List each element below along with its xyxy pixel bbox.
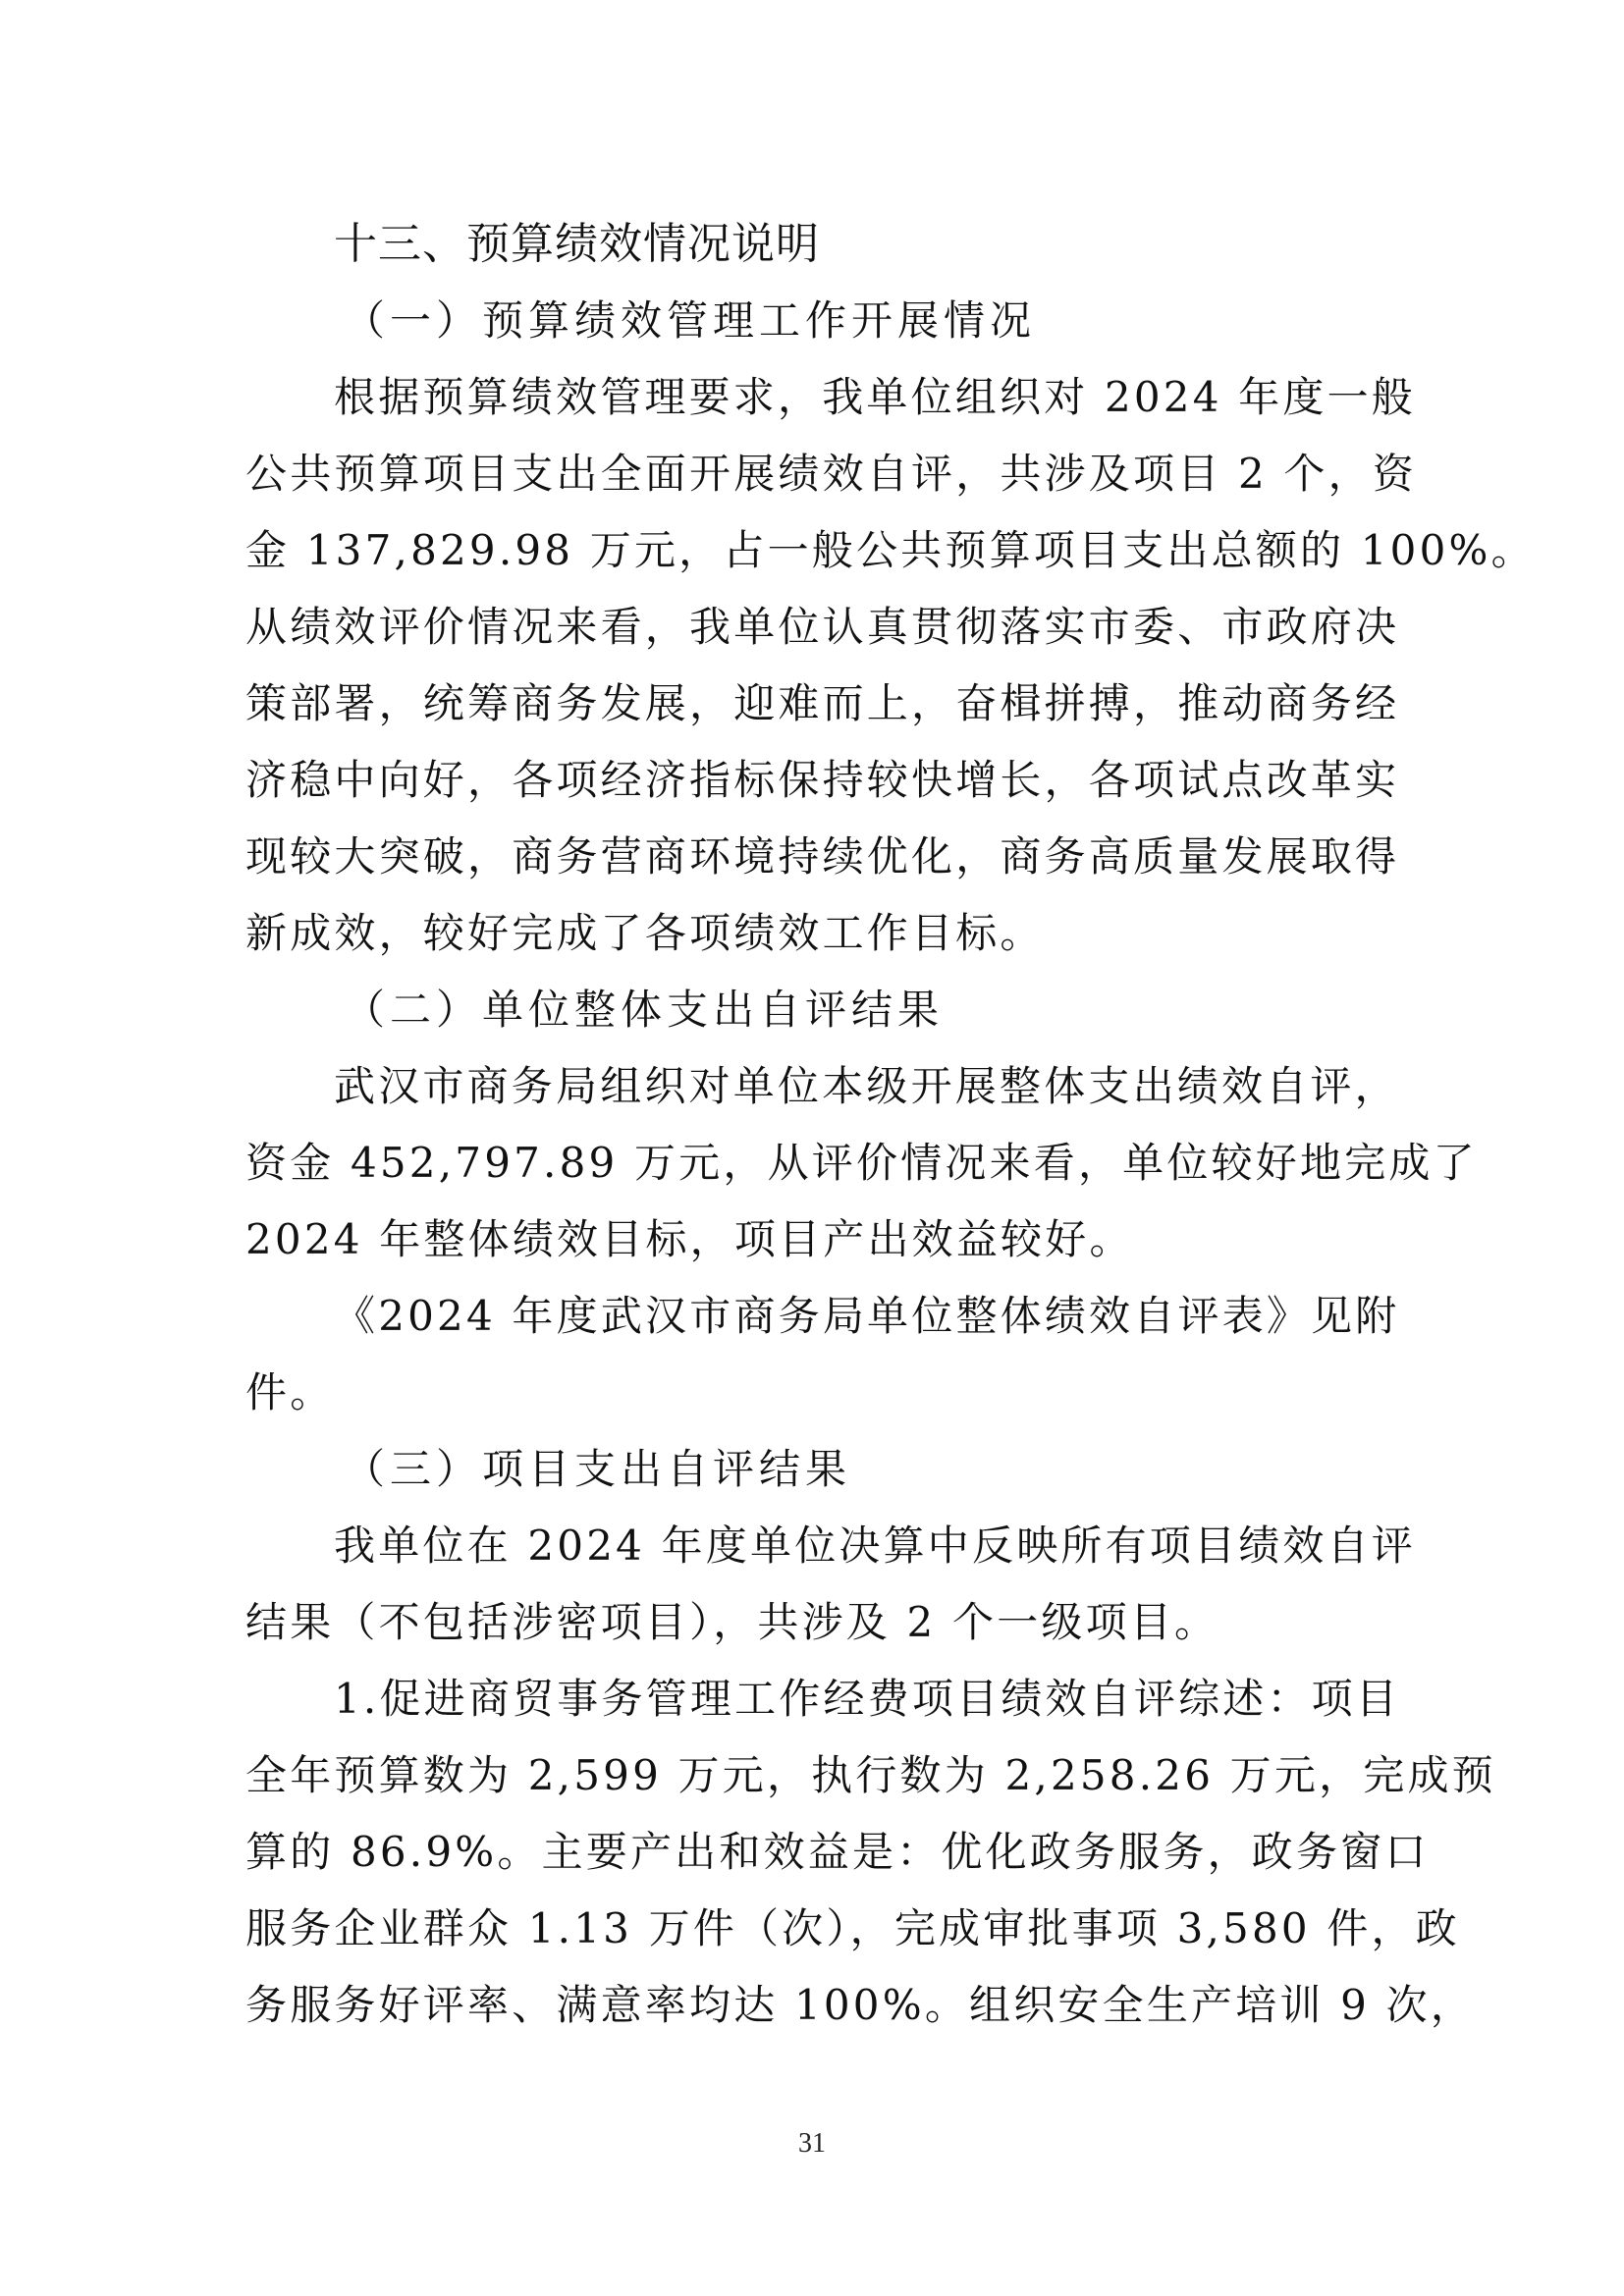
text-line: 公共预算项目支出全面开展绩效自评，共涉及项目 2 个，资 bbox=[245, 436, 1389, 512]
paragraph-project-expenditure: 我单位在 2024 年度单位决算中反映所有项目绩效自评 结果（不包括涉密项目），… bbox=[245, 1508, 1389, 1661]
paragraph-attachment-reference: 《2024 年度武汉市商务局单位整体绩效自评表》见附 件。 bbox=[245, 1278, 1389, 1431]
text-line: 金 137,829.98 万元，占一般公共预算项目支出总额的 100%。 bbox=[245, 512, 1389, 589]
subsection-heading-1: （一）预算绩效管理工作开展情况 bbox=[245, 283, 1389, 359]
text-line: 新成效，较好完成了各项绩效工作目标。 bbox=[245, 895, 1389, 972]
text-line: 济稳中向好，各项经济指标保持较快增长，各项试点改革实 bbox=[245, 742, 1389, 819]
text-line: 全年预算数为 2,599 万元，执行数为 2,258.26 万元，完成预 bbox=[245, 1737, 1389, 1814]
text-line: 件。 bbox=[245, 1355, 1389, 1431]
page-number: 31 bbox=[0, 2128, 1624, 2160]
document-body: 十三、预算绩效情况说明 （一）预算绩效管理工作开展情况 根据预算绩效管理要求，我… bbox=[245, 206, 1389, 2044]
text-line: 2024 年整体绩效目标，项目产出效益较好。 bbox=[245, 1201, 1389, 1278]
text-line: 算的 86.9%。主要产出和效益是：优化政务服务，政务窗口 bbox=[245, 1814, 1389, 1891]
subsection-heading-2: （二）单位整体支出自评结果 bbox=[245, 972, 1389, 1048]
text-line: 策部署，统筹商务发展，迎难而上，奋楫拼搏，推动商务经 bbox=[245, 666, 1389, 742]
section-title: 十三、预算绩效情况说明 bbox=[245, 206, 1389, 283]
text-line: 《2024 年度武汉市商务局单位整体绩效自评表》见附 bbox=[245, 1278, 1389, 1355]
subsection-heading-3: （三）项目支出自评结果 bbox=[245, 1431, 1389, 1508]
text-line: 根据预算绩效管理要求，我单位组织对 2024 年度一般 bbox=[245, 359, 1389, 436]
text-line: 从绩效评价情况来看，我单位认真贯彻落实市委、市政府决 bbox=[245, 589, 1389, 666]
text-line: 现较大突破，商务营商环境持续优化，商务高质量发展取得 bbox=[245, 819, 1389, 895]
text-line: 资金 452,797.89 万元，从评价情况来看，单位较好地完成了 bbox=[245, 1125, 1389, 1201]
text-line: 我单位在 2024 年度单位决算中反映所有项目绩效自评 bbox=[245, 1508, 1389, 1584]
text-line: 服务企业群众 1.13 万件（次），完成审批事项 3,580 件，政 bbox=[245, 1891, 1389, 1967]
paragraph-overall-expenditure: 武汉市商务局组织对单位本级开展整体支出绩效自评， 资金 452,797.89 万… bbox=[245, 1048, 1389, 1278]
text-line: 务服务好评率、满意率均达 100%。组织安全生产培训 9 次， bbox=[245, 1967, 1389, 2044]
paragraph-performance-management: 根据预算绩效管理要求，我单位组织对 2024 年度一般 公共预算项目支出全面开展… bbox=[245, 359, 1389, 972]
text-line: 结果（不包括涉密项目），共涉及 2 个一级项目。 bbox=[245, 1584, 1389, 1661]
text-line: 武汉市商务局组织对单位本级开展整体支出绩效自评， bbox=[245, 1048, 1389, 1125]
paragraph-project-1-summary: 1.促进商贸事务管理工作经费项目绩效自评综述：项目 全年预算数为 2,599 万… bbox=[245, 1661, 1389, 2044]
text-line: 1.促进商贸事务管理工作经费项目绩效自评综述：项目 bbox=[245, 1661, 1389, 1737]
document-page: 十三、预算绩效情况说明 （一）预算绩效管理工作开展情况 根据预算绩效管理要求，我… bbox=[0, 0, 1624, 2296]
